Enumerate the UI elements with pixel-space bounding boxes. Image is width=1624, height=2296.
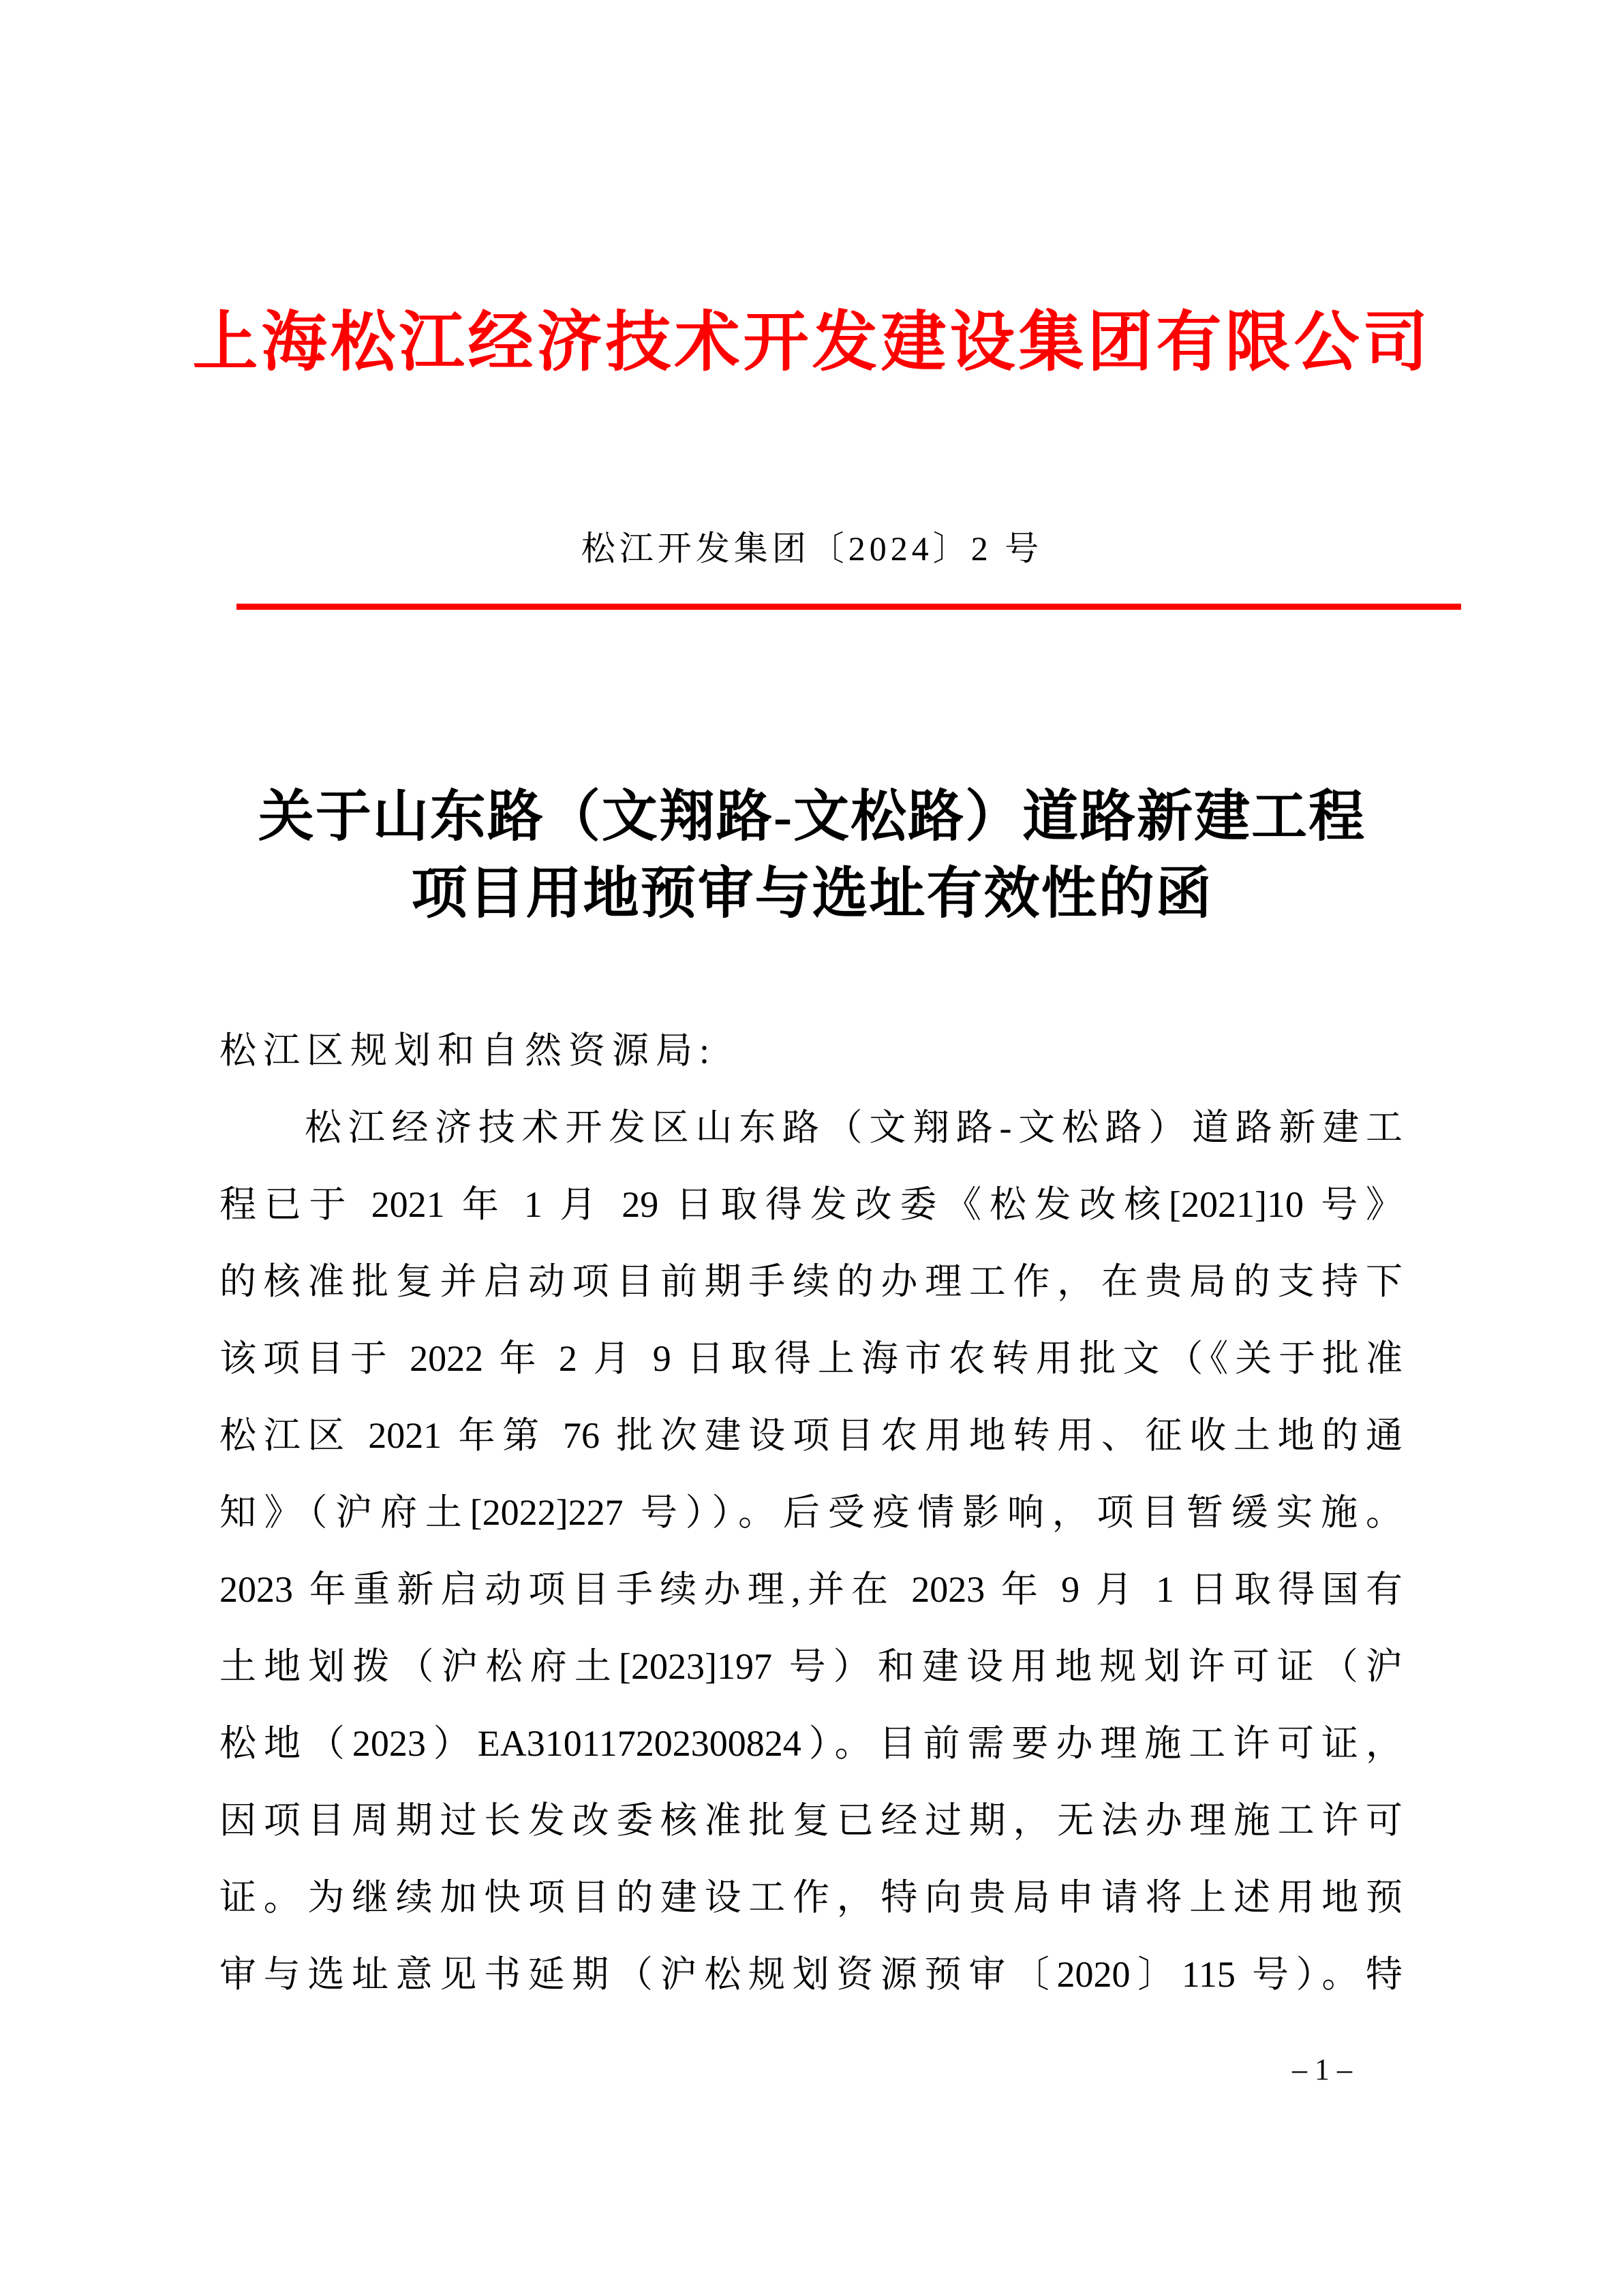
body-line: 2023 年重新启动项目手续办理,并在 2023 年 9 月 1 日取得国有 [219,1551,1403,1628]
body-line: 证。为继续加快项目的建设工作，特向贵局申请将上述用地预 [219,1859,1403,1936]
body-line: 的核准批复并启动项目前期手续的办理工作，在贵局的支持下 [219,1243,1403,1320]
red-divider-line [236,604,1461,610]
body-line: 松地（2023）EA310117202300824）。目前需要办理施工许可证， [219,1705,1403,1782]
body-line: 知》（沪府土[2022]227 号））。后受疫情影响，项目暂缓实施。 [219,1474,1403,1551]
body-line: 松江区 2021 年第 76 批次建设项目农用地转用、征收土地的通 [219,1397,1403,1474]
document-title: 关于山东路（文翔路-文松路）道路新建工程 项目用地预审与选址有效性的函 [0,778,1624,932]
letter-body: 松江区规划和自然资源局: 松江经济技术开发区山东路（文翔路-文松路）道路新建工 … [219,1012,1403,2013]
body-line: 土地划拨（沪松府土[2023]197 号）和建设用地规划许可证（沪 [219,1628,1403,1705]
document-title-line-1: 关于山东路（文翔路-文松路）道路新建工程 [0,778,1624,855]
letterhead-org-name: 上海松江经济技术开发建设集团有限公司 [0,305,1624,381]
page-number: – 1 – [1220,2052,1424,2088]
doc-number: 松江开发集团〔2024〕2 号 [0,528,1624,569]
body-line: 程已于 2021 年 1 月 29 日取得发改委《松发改核[2021]10 号》 [219,1166,1403,1243]
document-title-line-2: 项目用地预审与选址有效性的函 [0,855,1624,932]
body-line: 松江经济技术开发区山东路（文翔路-文松路）道路新建工 [219,1089,1403,1166]
body-line: 因项目周期过长发改委核准批复已经过期，无法办理施工许可 [219,1782,1403,1859]
body-line: 该项目于 2022 年 2 月 9 日取得上海市农转用批文（《关于批准 [219,1320,1403,1397]
body-line: 审与选址意见书延期（沪松规划资源预审〔2020〕115 号）。特 [219,1936,1403,2013]
document-page: 上海松江经济技术开发建设集团有限公司 松江开发集团〔2024〕2 号 关于山东路… [0,0,1624,2296]
salutation: 松江区规划和自然资源局: [219,1012,1403,1089]
